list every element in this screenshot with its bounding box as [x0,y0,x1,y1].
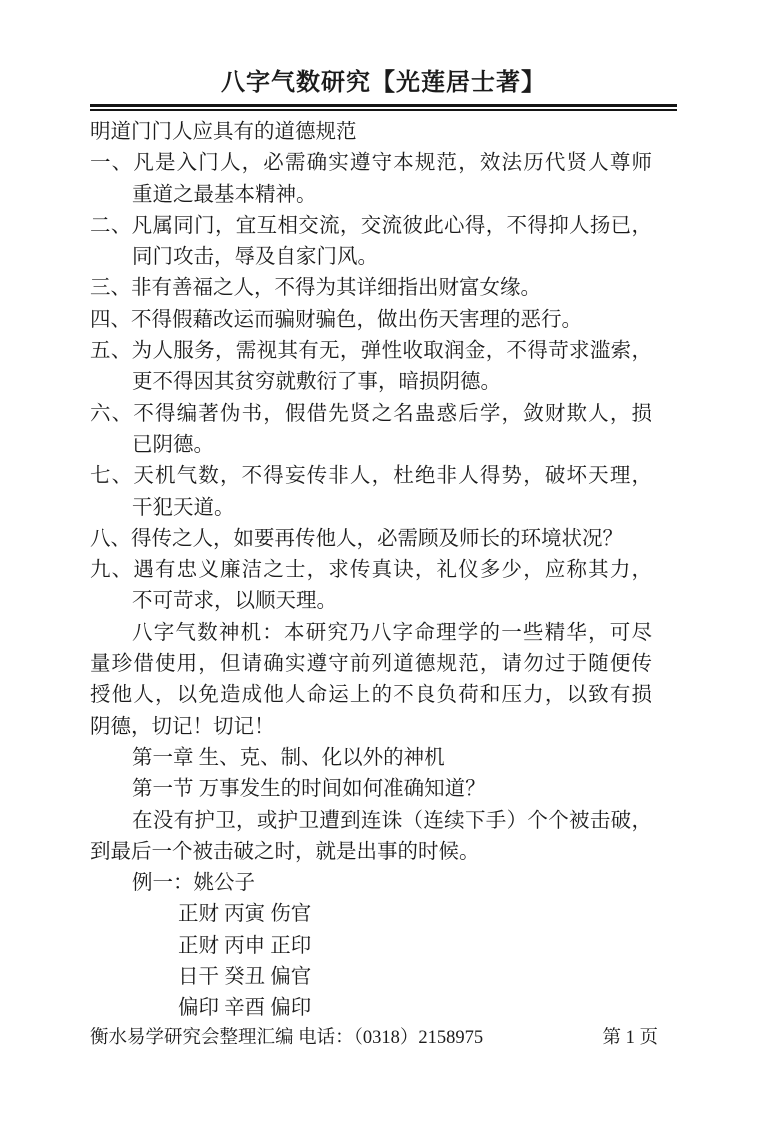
body-line: 不可苛求，以顺天理。 [90,586,652,617]
body-line: 干犯天道。 [90,493,652,524]
page-number: 第 1 页 [602,1025,677,1051]
body-line: 更不得因其贫穷就敷衍了事，暗损阴德。 [90,367,652,398]
body-line: 五、为人服务，需视其有无，弹性收取润金，不得苛求滥索， [90,336,652,367]
body-text: 明道门门人应具有的道德规范 一、凡是入门人，必需确实遵守本规范，效法历代贤人尊师… [90,117,652,1025]
body-line: 到最后一个被击破之时，就是出事的时候。 [90,837,652,868]
pillar-line: 日干 癸丑 偏官 [90,962,652,993]
body-line: 阴德，切记！切记！ [90,712,652,743]
pillar-line: 偏印 辛酉 偏印 [90,993,652,1024]
body-line: 重道之最基本精神。 [90,180,652,211]
page-content: 八字气数研究【光莲居士著】 明道门门人应具有的道德规范 一、凡是入门人，必需确实… [90,0,677,1051]
body-line: 八字气数神机：本研究乃八字命理学的一些精华，可尽 [90,618,652,649]
body-line: 第一节 万事发生的时间如何准确知道？ [90,774,652,805]
body-line: 三、非有善福之人，不得为其详细指出财富女缘。 [90,273,652,304]
body-line: 在没有护卫，或护卫遭到连诛（连续下手）个个被击破， [90,806,652,837]
document-page: 八字气数研究【光莲居士著】 明道门门人应具有的道德规范 一、凡是入门人，必需确实… [0,0,766,1131]
body-line: 一、凡是入门人，必需确实遵守本规范，效法历代贤人尊师 [90,148,652,179]
body-line: 明道门门人应具有的道德规范 [90,117,652,148]
body-line: 九、遇有忠义廉洁之士，求传真诀，礼仪多少，应称其力， [90,555,652,586]
body-line: 已阴德。 [90,430,652,461]
pillar-line: 正财 丙寅 伤官 [90,899,652,930]
body-line: 二、凡属同门，宜互相交流，交流彼此心得，不得抑人扬已， [90,211,652,242]
body-line: 第一章 生、克、制、化以外的神机 [90,743,652,774]
footer-publisher-phone: 衡水易学研究会整理汇编 电话：（0318）2158975 [90,1025,483,1051]
page-title: 八字气数研究【光莲居士著】 [90,62,677,97]
body-line: 四、不得假藉改运而骗财骗色，做出伤天害理的恶行。 [90,305,652,336]
body-line: 同门攻击，辱及自家门风。 [90,242,652,273]
body-line: 授他人，以免造成他人命运上的不良负荷和压力，以致有损 [90,680,652,711]
body-line: 八、得传之人，如要再传他人，必需顾及师长的环境状况？ [90,524,652,555]
pillar-line: 正财 丙申 正印 [90,931,652,962]
body-line: 六、不得编著伪书，假借先贤之名蛊惑后学，敛财欺人，损 [90,399,652,430]
title-divider [90,104,677,111]
body-line: 量珍借使用，但请确实遵守前列道德规范，请勿过于随便传 [90,649,652,680]
page-footer: 衡水易学研究会整理汇编 电话：（0318）2158975 第 1 页 [90,1025,677,1051]
body-line: 七、天机气数，不得妄传非人，杜绝非人得势，破坏天理， [90,461,652,492]
body-line: 例一：姚公子 [90,868,652,899]
